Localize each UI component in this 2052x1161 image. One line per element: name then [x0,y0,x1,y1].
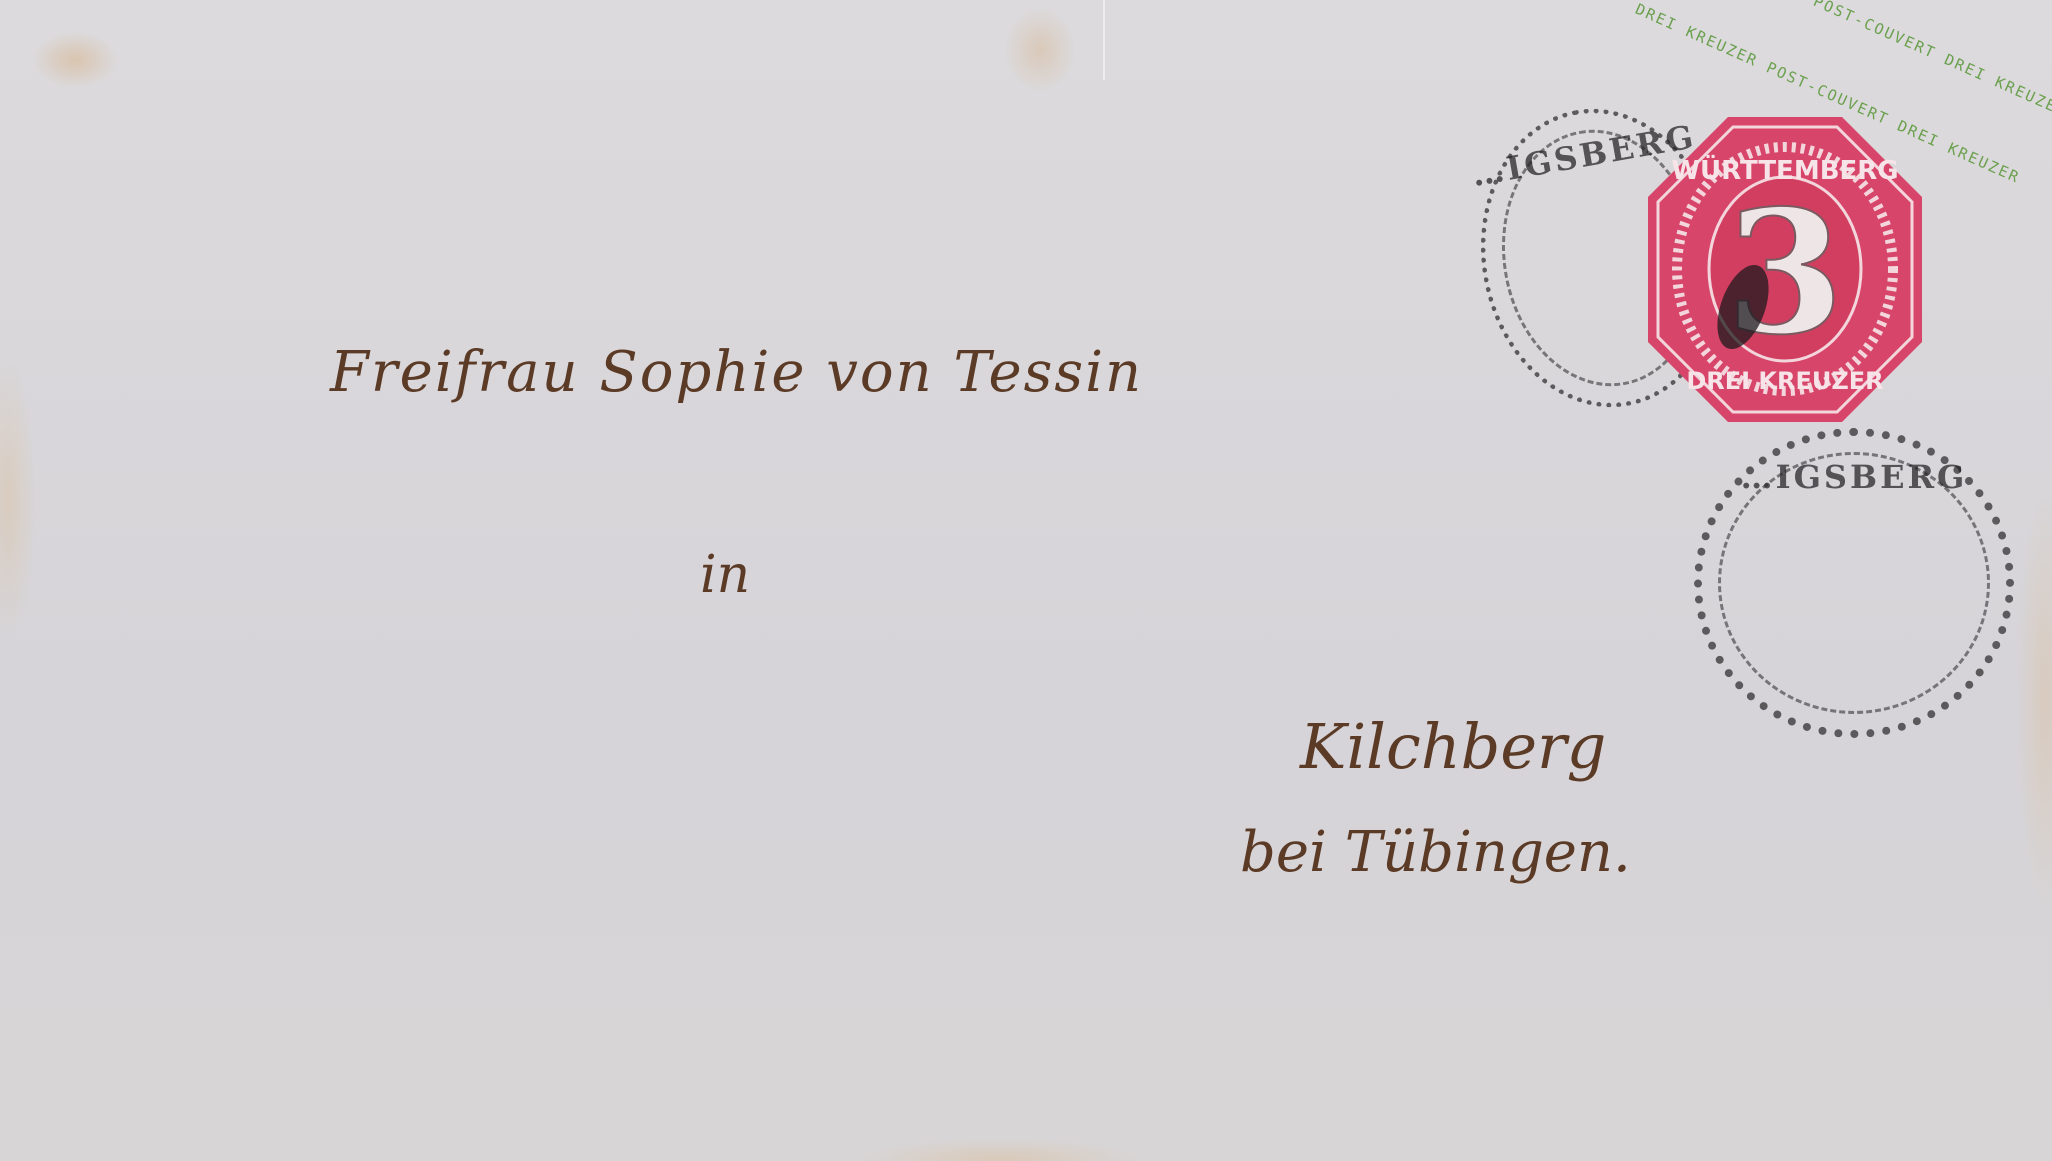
address-line-recipient: Freifrau Sophie von Tessin [330,340,1143,405]
stamp-octagon-icon: 3 WÜRTTEMBERG DREI KREUZER [1648,117,1922,422]
svg-text:WÜRTTEMBERG: WÜRTTEMBERG [1671,153,1898,186]
fold-mark [1103,0,1105,80]
stamp-wurttemberg-3kr: 3 WÜRTTEMBERG DREI KREUZER [1648,117,1922,422]
postmark-town: …IGSBERG [1702,458,2006,496]
address-line-region: bei Tübingen. [1240,820,1631,885]
address-line-town: Kilchberg [1300,710,1606,783]
address-line-in: in [700,545,750,605]
postmark-lower: …IGSBERG [1694,428,2014,738]
svg-text:DREI KREUZER: DREI KREUZER [1686,367,1883,395]
envelope: POST-COUVERT DREI KREUZER DREI KREUZER P… [0,0,2052,1161]
